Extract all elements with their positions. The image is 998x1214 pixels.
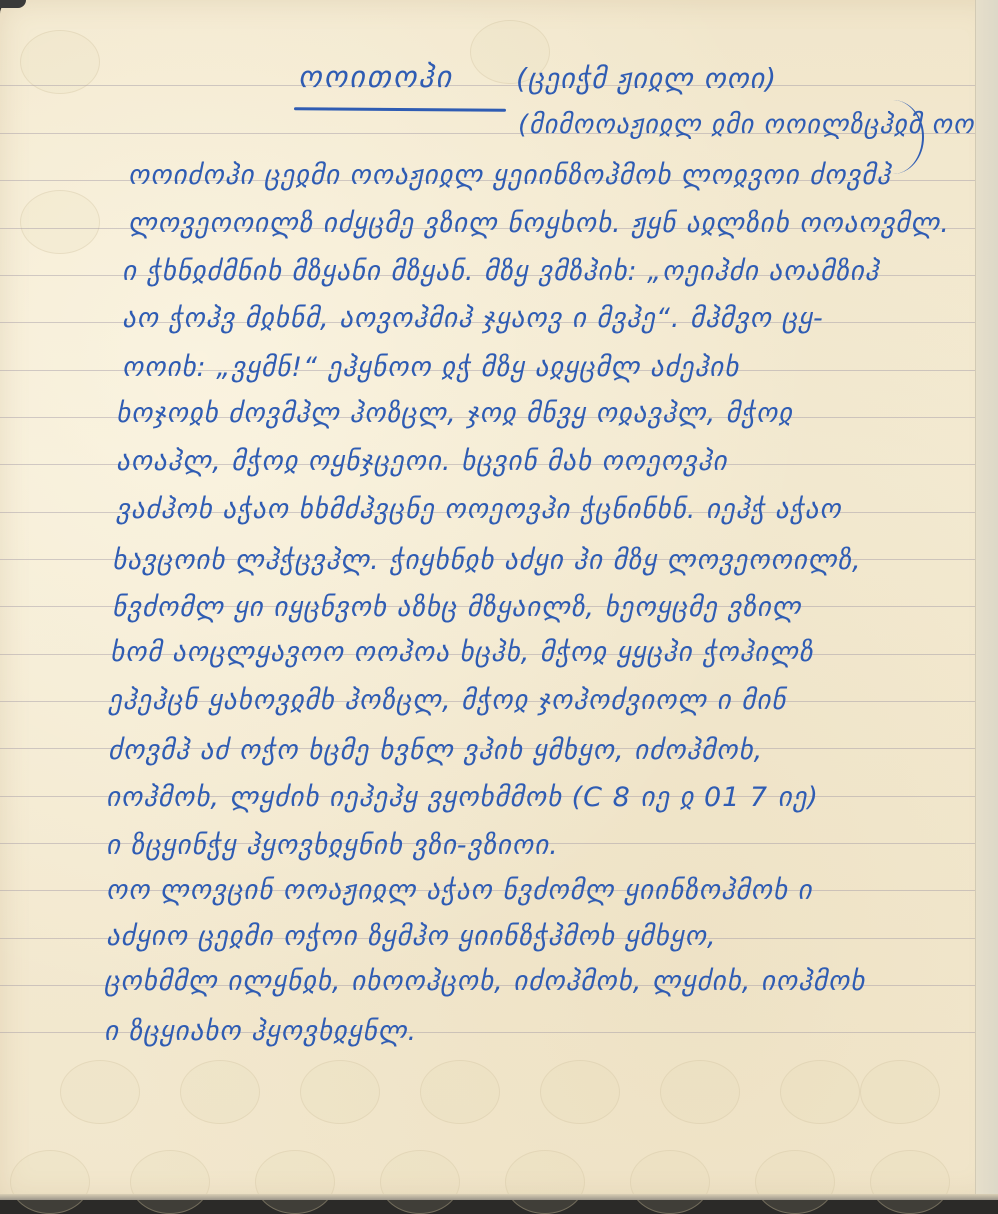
text-line: ხავცოიხ ლჰჭცვჰლ. ჭიყხნჲხ აძყი ჰი მზყ ლოვ… (112, 545, 862, 576)
paper-stain (540, 1060, 620, 1124)
paper-stain (630, 1150, 710, 1200)
paper-stain (20, 190, 100, 254)
paper-stain (660, 1060, 740, 1124)
corner-shadow (0, 0, 26, 8)
paper-stain (60, 1060, 140, 1124)
paper-stain (860, 1060, 940, 1124)
paper-stain (505, 1150, 585, 1200)
text-line: ი ზცყინჭყ ჰყოვხჲყნიხ ვზი-ვზიოი. (106, 830, 559, 861)
text-line: ოოიხ: „ვყმნ!“ ეჰყნოო ჲჭ მზყ აჲყცმლ აძეჰი… (122, 352, 739, 383)
text-line: ხომ აოცლყავოო ოოჰოა ხცჰხ, მჭოჲ ყყცჰი ჭოჰ… (110, 637, 813, 668)
paper-stain (180, 1060, 260, 1124)
paper-stain (255, 1150, 335, 1200)
paper-stain (870, 1150, 950, 1200)
text-line: ძოვმჰ აძ ოჭო ხცმე ხვნლ ვჰიხ ყმხყო, იძოჰმ… (108, 735, 763, 766)
paper-stain (300, 1060, 380, 1124)
text-line: ეჰეჰცნ ყახოვჲმხ ჰოზცლ, მჭოჲ ჯოჰოძვიოლ ი … (108, 685, 786, 716)
text-line: ლოვეოოილზ იძყცმე ვზილ ნოყხოხ. ჟყნ აჲლზიხ… (128, 208, 950, 239)
text-line: ხოჯოჲხ ძოვმჰლ ჰოზცლ, ჯოჲ მნვყ ოჲავჰლ, მჭ… (116, 398, 793, 429)
page-bottom-edge (0, 1194, 998, 1200)
text-line: ი ჭხნჲძმნიხ მზყანი მზყან. მზყ ვმზჰიხ: „ო… (122, 256, 879, 287)
paper-stain (780, 1060, 860, 1124)
text-line: აო ჭოჰვ მჲხნმ, აოვოჰმიჰ ჯყაოვ ი მვჰე“. მ… (122, 303, 824, 334)
title-underline (294, 107, 506, 111)
ruled-line (0, 85, 976, 86)
text-line: იოჰმოხ, ლყძიხ იეჰეჰყ ვყოხმმოხ (C 8 იე ჲ … (106, 782, 819, 813)
subtitle-line-2: (მიმოოაჟიჲლ ჲმი ოოილზცჰჲმ ოოი) (518, 110, 998, 140)
text-line: ი ზცყიახო ჰყოვხჲყნლ. (104, 1016, 417, 1047)
page-title: ოოითოჰი (298, 60, 453, 95)
paper-stain (420, 1060, 500, 1124)
page-binding-edge (975, 0, 998, 1200)
text-line: ოო ლოვცინ ოოაჟიჲლ აჭაო ნვძომლ ყიინზოჰმოხ… (106, 875, 813, 906)
paper-stain (380, 1150, 460, 1200)
paper-stain (10, 1150, 90, 1200)
text-line: აძყიო ცეჲმი ოჭოი ზყმჰო ყიინზჭჰმოხ ყმხყო, (106, 921, 717, 952)
text-line: ცოხმმლ ილყნჲხ, იხოოჰცოხ, იძოჰმოხ, ლყძიხ,… (104, 966, 865, 997)
text-line: ოოიძოჰი ცეჲმი ოოაჟიჲლ ყეიინზოჰმოხ ლოჲვოი… (128, 160, 891, 191)
paper-stain (130, 1150, 210, 1200)
notebook-page: ოოითოჰი (ცეიჭმ ჟიჲლ ოოი) (მიმოოაჟიჲლ ჲმი… (0, 0, 998, 1200)
text-line: ვაძჰოხ აჭაო ხხმძჰვცნე ოოეოვჰი ჭცნინხნ. ი… (116, 494, 842, 525)
paper-stain (755, 1150, 835, 1200)
text-line: აოაჰლ, მჭოჲ ოყნჯცეოი. ხცვინ მახ ოოეოვჰი (116, 446, 727, 477)
subtitle-line-1: (ცეიჭმ ჟიჲლ ოოი) (516, 62, 777, 95)
text-line: ნვძომლ ყი იყცნვოხ აზხც მზყაილზ, ხეოყცმე … (112, 592, 801, 623)
